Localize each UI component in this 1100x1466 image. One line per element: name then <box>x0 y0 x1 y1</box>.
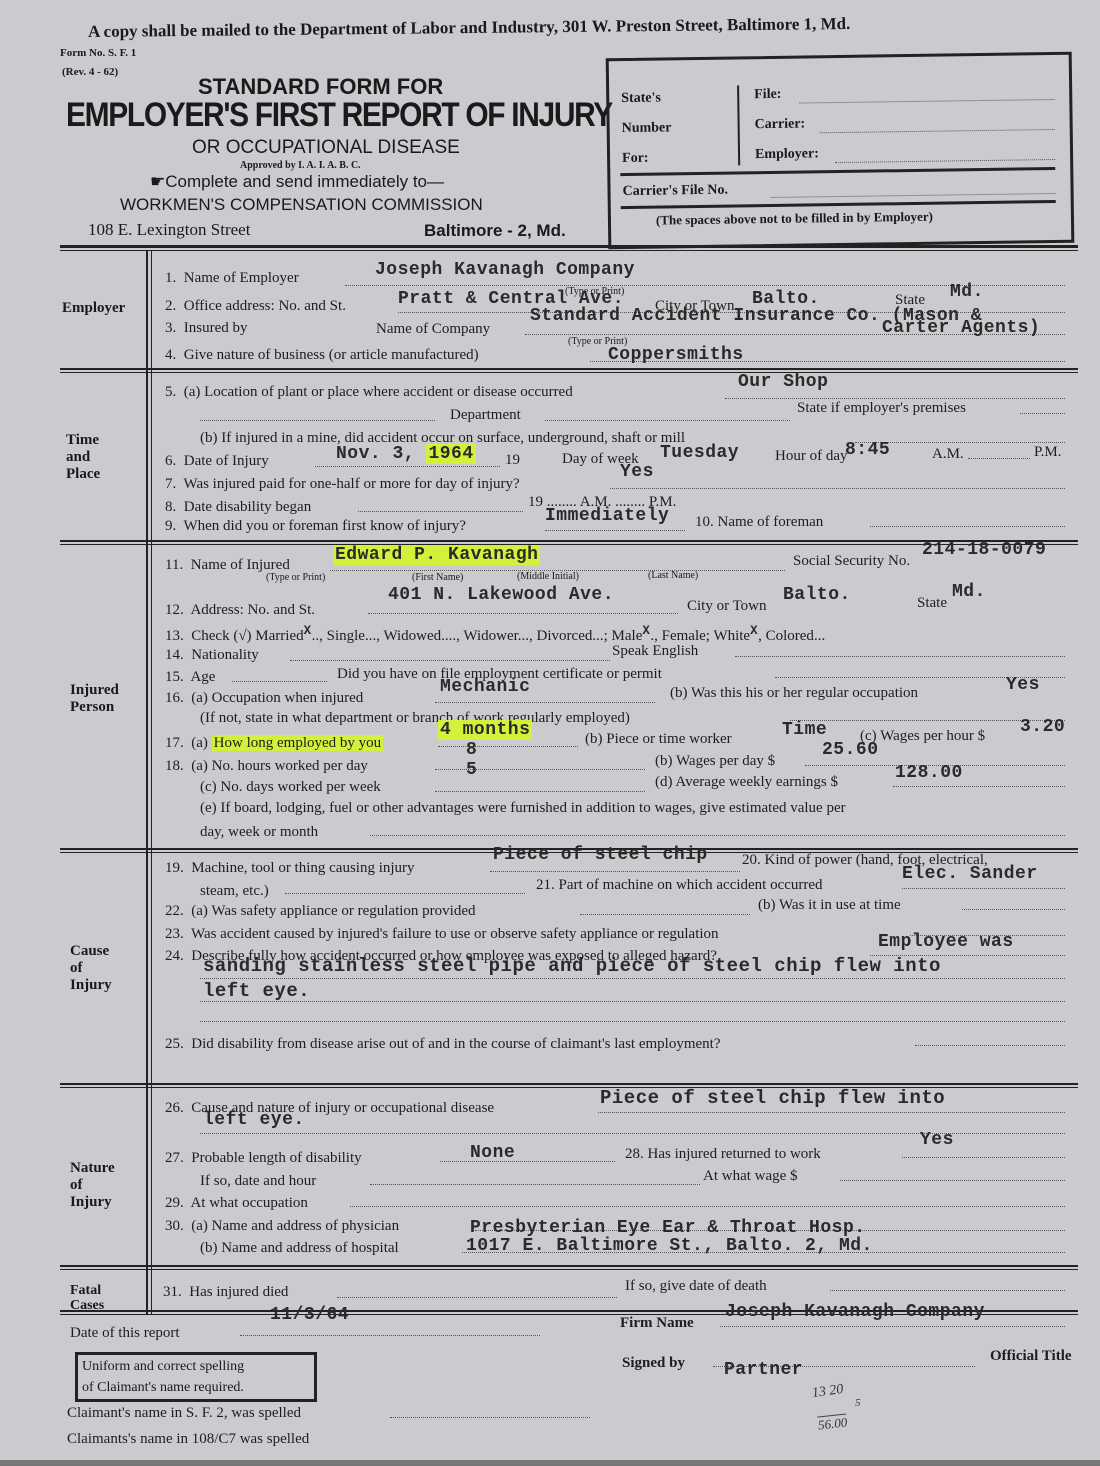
q-number: 4. <box>165 347 176 363</box>
weekly-earnings-value[interactable]: 128.00 <box>895 763 963 783</box>
q-label: Has injured died <box>189 1284 288 1300</box>
foreman-field[interactable] <box>870 526 1065 527</box>
q18-row: 18. (a) No. hours worked per day <box>165 758 368 775</box>
department-label: Department <box>450 407 521 424</box>
q-sub: (a) <box>191 735 208 751</box>
description-line-4 <box>200 1021 1065 1022</box>
section-label-line: of <box>70 960 112 977</box>
commission-city: Baltimore - 2, Md. <box>424 221 566 241</box>
official-title-label: Official Title <box>990 1348 1072 1365</box>
employment-length-line <box>438 746 578 747</box>
q-label: (a) Was safety appliance or regulation p… <box>191 903 475 919</box>
handwritten-calc-3: 56.00 <box>817 1414 848 1434</box>
checkbox-male[interactable]: MaleX., <box>612 628 658 644</box>
if-not-label: (If not, state in what department or bra… <box>200 710 630 727</box>
city-label: City or Town <box>687 598 767 615</box>
spelling-notice-box: Uniform and correct spelling of Claimant… <box>75 1352 317 1402</box>
description-value-2[interactable]: sanding stainless steel pipe and piece o… <box>203 955 941 977</box>
ssn-value[interactable]: 214-18-0079 <box>922 540 1046 560</box>
physician-value[interactable]: Presbyterian Eye Ear & Throat Hosp. <box>470 1218 866 1238</box>
section-label-line: Place <box>66 466 100 483</box>
q-label: Insured by <box>184 320 248 336</box>
sub-first-name: (First Name) <box>412 572 463 583</box>
hour-of-day-label: Hour of day <box>775 448 847 465</box>
q-label: Check (√) <box>191 628 251 644</box>
q-number: 23. <box>165 926 184 942</box>
carriers-file-field[interactable] <box>771 193 1056 198</box>
q21-row: 21. Part of machine on which accident oc… <box>536 877 823 894</box>
location-line <box>725 398 1065 399</box>
q-number: 29. <box>165 1195 184 1211</box>
q5a-row: 5. (a) Location of plant or place where … <box>165 384 573 401</box>
regular-occupation-value[interactable]: Yes <box>1006 675 1040 695</box>
states-number-label-2: Number <box>622 120 672 137</box>
power-kind-field[interactable] <box>285 893 525 894</box>
q-number: 11. <box>165 557 183 573</box>
pm-label: P.M. <box>1034 444 1062 461</box>
file-field[interactable] <box>799 99 1054 104</box>
death-date-field[interactable] <box>830 1290 1065 1291</box>
q-label: Date disability began <box>184 499 311 515</box>
department-field[interactable] <box>545 420 790 421</box>
q22-row: 22. (a) Was safety appliance or regulati… <box>165 903 476 920</box>
send-to: ☛Complete and send immediately to— <box>150 172 444 192</box>
insurer-value-2[interactable]: Carter Agents) <box>882 318 1040 338</box>
disability-date-field[interactable] <box>358 511 523 512</box>
q1-row: 1. Name of Employer <box>165 270 299 287</box>
option-label: Widowed <box>383 628 441 644</box>
paid-value[interactable]: Yes <box>620 462 654 482</box>
q23-row: 23. Was accident caused by injured's fai… <box>165 926 719 943</box>
q4-row: 4. Give nature of business (or article m… <box>165 347 479 364</box>
injury-date-line <box>315 466 500 467</box>
employer-field[interactable] <box>835 159 1055 163</box>
checkbox-widower[interactable]: Widower..., <box>463 628 532 644</box>
injured-name-highlighted: Edward P. Kavanagh <box>333 545 540 565</box>
title-line3: OR OCCUPATIONAL DISEASE <box>192 137 460 159</box>
section-label-line: Fatal <box>70 1283 104 1298</box>
check-mark-icon: X <box>304 624 312 638</box>
injured-address-value[interactable]: 401 N. Lakewood Ave. <box>388 585 614 605</box>
section-label-line: Injury <box>70 1194 115 1211</box>
injury-date-value[interactable]: Nov. 3, 1964 <box>336 444 476 464</box>
form-number: Form No. S. F. 1 <box>60 47 136 59</box>
q3-row: 3. Insured by <box>165 320 248 337</box>
q-number: 19. <box>165 860 184 876</box>
q-number: 7. <box>165 476 176 492</box>
injury-date-day: Nov. 3, <box>336 444 415 464</box>
days-per-week-value[interactable]: 5 <box>466 760 477 780</box>
injured-state-value[interactable]: Md. <box>952 582 986 602</box>
section-employer: Employer <box>62 300 125 317</box>
claimant-sf2-field[interactable] <box>390 1417 590 1418</box>
description-value-3[interactable]: left eye. <box>203 980 310 1002</box>
employment-length-highlighted: 4 months <box>438 720 532 740</box>
states-for-label: For: <box>622 151 649 167</box>
q-number: 31. <box>163 1284 182 1300</box>
am-pm-line <box>968 458 1030 459</box>
employer-label: Employer: <box>755 146 819 163</box>
machine-part-line <box>902 888 1065 889</box>
q-label: When did you or foreman first know of in… <box>183 518 465 534</box>
q-label: Nationality <box>191 647 259 663</box>
location-line-2 <box>200 420 435 421</box>
commission-street: 108 E. Lexington Street <box>88 220 250 240</box>
option-label: White <box>713 628 750 644</box>
section-label-line: of <box>70 1177 115 1194</box>
q-label: Probable length of disability <box>191 1150 361 1166</box>
q27-row: 27. Probable length of disability <box>165 1150 362 1167</box>
q9-row: 9. When did you or foreman first know of… <box>165 518 466 535</box>
employment-length-value[interactable]: 4 months <box>438 720 532 740</box>
employer-name-value[interactable]: Joseph Kavanagh Company <box>375 260 635 280</box>
checkbox-widowed[interactable]: Widowed...., <box>383 628 459 644</box>
q2-row: 2. Office address: No. and St. <box>165 298 346 315</box>
q12-row: 12. Address: No. and St. <box>165 602 315 619</box>
occupation-value[interactable]: Mechanic <box>440 677 530 697</box>
state-label: State <box>917 595 947 612</box>
section-fatal: Fatal Cases <box>70 1283 104 1313</box>
report-date-line <box>240 1335 540 1336</box>
return-wage-field[interactable] <box>840 1180 1065 1181</box>
report-date-value[interactable]: 11/3/64 <box>270 1305 349 1325</box>
q-label: (a) Name and address of physician <box>191 1218 399 1234</box>
signed-by-label: Signed by <box>622 1355 685 1372</box>
carrier-field[interactable] <box>820 129 1055 133</box>
page-title: EMPLOYER'S FIRST REPORT OF INJURY <box>66 96 612 135</box>
description-line-2 <box>200 978 1065 979</box>
q-number: 5. <box>165 384 176 400</box>
firm-name-value[interactable]: Joseph Kavanagh Company <box>725 1302 985 1322</box>
injured-city-value[interactable]: Balto. <box>783 585 851 605</box>
nineteen-prefix: 19 <box>528 494 543 510</box>
q-label: At what occupation <box>190 1195 307 1211</box>
section-label-line: Injury <box>70 977 112 994</box>
handwritten-calc-1: 13 20 <box>811 1382 844 1402</box>
q-number: 1. <box>165 270 176 286</box>
hours-per-day-value[interactable]: 8 <box>466 740 477 760</box>
in-use-field[interactable] <box>962 909 1065 910</box>
weekly-earnings-label: (d) Average weekly earnings $ <box>655 774 838 791</box>
q6-row: 6. Date of Injury <box>165 453 269 470</box>
form-revision: (Rev. 4 - 62) <box>62 66 118 78</box>
q17-row: 17. (a) How long employed by you <box>165 735 383 752</box>
states-number-label: State's <box>621 90 661 107</box>
premises-label: State if employer's premises <box>797 400 966 417</box>
option-label: Single <box>327 628 365 644</box>
days-per-week-label: (c) No. days worked per week <box>200 779 381 796</box>
section-label-line: Person <box>70 699 119 716</box>
q-label: Give nature of business (or article manu… <box>184 347 479 363</box>
handwritten-calc-2: 5 <box>855 1397 861 1409</box>
q-number: 2. <box>165 298 176 314</box>
return-occupation-field[interactable] <box>350 1206 1065 1207</box>
q-number: 3. <box>165 320 176 336</box>
disability-length-value[interactable]: None <box>470 1143 515 1163</box>
days-per-week-line <box>435 791 645 792</box>
nature-value-2[interactable]: left eye. <box>203 1110 305 1130</box>
pointing-hand-icon: ☛ <box>150 172 165 191</box>
report-date-label: Date of this report <box>70 1325 180 1342</box>
q20-label-2: steam, etc.) <box>200 883 269 900</box>
employer-state-value[interactable]: Md. <box>950 282 984 302</box>
carriers-file-label: Carrier's File No. <box>622 183 728 200</box>
paid-line <box>610 488 1065 489</box>
q-number: 27. <box>165 1150 184 1166</box>
check-mark-icon: X <box>642 624 650 638</box>
ssn-label: Social Security No. <box>793 553 910 570</box>
q28-row: 28. Has injured returned to work <box>625 1146 821 1163</box>
machine-line <box>490 871 740 872</box>
age-field[interactable] <box>232 681 327 682</box>
q-label: (a) Occupation when injured <box>191 690 363 706</box>
sub-middle-initial: (Middle Initial) <box>517 571 579 582</box>
q-number: 14. <box>165 647 184 663</box>
wage-per-day-value[interactable]: 25.60 <box>822 740 879 760</box>
q-number: 10. <box>695 514 714 530</box>
injured-name-value[interactable]: Edward P. Kavanagh <box>333 545 540 565</box>
q-label: Date of Injury <box>184 453 269 469</box>
option-label: Divorced <box>537 628 593 644</box>
section-injured-person: Injured Person <box>70 682 119 716</box>
mail-notice: A copy shall be mailed to the Department… <box>88 14 851 42</box>
check-mark-icon: X <box>750 624 758 638</box>
occupation-line <box>435 702 655 703</box>
section-label-line: Time <box>66 432 100 449</box>
q13-row: 13. Check (√) MarriedX.., Single..., Wid… <box>165 624 825 645</box>
q-label: Has injured returned to work <box>648 1146 821 1162</box>
q-number: 22. <box>165 903 184 919</box>
section-label-line: Cause <box>70 943 112 960</box>
sub-type-or-print: (Type or Print) <box>266 572 325 583</box>
form-page: A copy shall be mailed to the Department… <box>0 0 1100 1466</box>
file-label: File: <box>754 87 781 103</box>
claimant-sf2-label: Claimant's name in S. F. 2, was spelled <box>67 1405 301 1422</box>
wage-per-hour-label: (c) Wages per hour $ <box>860 728 985 745</box>
description-line-3 <box>200 1001 1065 1002</box>
q-number: 18. <box>165 758 184 774</box>
commission-name: WORKMEN'S COMPENSATION COMMISSION <box>120 195 483 215</box>
q10-row: 10. Name of foreman <box>695 514 823 531</box>
option-label: Colored <box>766 628 814 644</box>
q-label-highlighted: How long employed by you <box>212 735 383 751</box>
q-number: 9. <box>165 518 176 534</box>
sub-last-name: (Last Name) <box>648 570 698 581</box>
piece-time-value[interactable]: Time <box>782 720 827 740</box>
disability-length-line <box>440 1161 615 1162</box>
return-wage-label: At what wage $ <box>703 1168 798 1185</box>
q15-row: 15. Age <box>165 669 215 686</box>
location-value[interactable]: Our Shop <box>738 372 828 392</box>
day-of-week-value[interactable]: Tuesday <box>660 443 739 463</box>
signer-title-value[interactable]: Partner <box>724 1360 803 1380</box>
option-label: Widower <box>463 628 517 644</box>
checkbox-colored[interactable]: Colored... <box>766 628 826 644</box>
q30a-row: 30. (a) Name and address of physician <box>165 1218 399 1235</box>
option-label: Male <box>612 628 643 644</box>
option-label: Married <box>255 628 303 644</box>
q16-row: 16. (a) Occupation when injured <box>165 690 363 707</box>
q14-row: 14. Nationality <box>165 647 259 664</box>
q-number: 17. <box>165 735 184 751</box>
q-label: Name of Injured <box>191 557 290 573</box>
q-label: (a) Location of plant or place where acc… <box>184 384 573 400</box>
am-label: A.M. <box>932 446 964 463</box>
premises-field[interactable] <box>1020 413 1065 414</box>
q-number: 28. <box>625 1146 644 1162</box>
nationality-field[interactable] <box>290 660 610 661</box>
returned-line <box>902 1157 1065 1158</box>
injured-address-line <box>368 613 678 614</box>
q-number: 8. <box>165 499 176 515</box>
q-number: 30. <box>165 1218 184 1234</box>
nineteen-prefix: 19 <box>505 452 520 469</box>
weekly-earnings-line <box>893 786 1065 787</box>
q-label: Machine, tool or thing causing injury <box>191 860 414 876</box>
section-nature: Nature of Injury <box>70 1160 115 1211</box>
q31-row: 31. Has injured died <box>163 1284 288 1301</box>
has-died-field[interactable] <box>337 1297 617 1298</box>
q-label: Office address: No. and St. <box>184 298 346 314</box>
q-label: Name of Employer <box>184 270 299 286</box>
board-label-2: day, week or month <box>200 824 318 841</box>
checkbox-divorced[interactable]: Divorced...; <box>537 628 608 644</box>
checkbox-white[interactable]: WhiteX, <box>713 628 761 644</box>
hospital-value[interactable]: 1017 E. Baltimore St., Balto. 2, Md. <box>466 1236 873 1256</box>
nature-line-1 <box>598 1112 1065 1113</box>
q-label: Age <box>190 669 215 685</box>
firm-name-line <box>720 1326 1065 1327</box>
q-number: 21. <box>536 877 555 893</box>
return-date-field[interactable] <box>370 1184 700 1185</box>
q-number: 20. <box>742 852 761 868</box>
returned-to-work-value[interactable]: Yes <box>920 1130 954 1150</box>
section-time-place: Time and Place <box>66 432 100 483</box>
wage-per-hour-value[interactable]: 3.20 <box>1020 717 1065 737</box>
checkbox-single[interactable]: Single..., <box>327 628 380 644</box>
q-label: Was injured paid for one-half or more fo… <box>183 476 519 492</box>
firm-name-label: Firm Name <box>620 1315 694 1332</box>
q-label: Was accident caused by injured's failure… <box>191 926 719 942</box>
q-number: 24. <box>165 948 184 964</box>
type-or-print-note: (Type or Print) <box>565 286 624 297</box>
disease-arise-field[interactable] <box>915 1045 1065 1046</box>
q-number: 6. <box>165 453 176 469</box>
nature-value-1[interactable]: Piece of steel chip flew into <box>600 1087 945 1109</box>
knowledge-value[interactable]: Immediately <box>545 506 669 526</box>
hospital-label: (b) Name and address of hospital <box>200 1240 399 1257</box>
board-value-field[interactable] <box>370 835 1065 836</box>
section-cause: Cause of Injury <box>70 943 112 994</box>
q29-row: 29. At what occupation <box>165 1195 308 1212</box>
speak-english-field[interactable] <box>735 656 1065 657</box>
spelling-notice-line1: Uniform and correct spelling <box>82 1356 310 1377</box>
if-so-date-label: If so, date and hour <box>200 1173 316 1190</box>
death-date-label: If so, give date of death <box>625 1278 767 1295</box>
carrier-label: Carrier: <box>755 116 806 133</box>
q-number: 26. <box>165 1100 184 1116</box>
injury-date-year-highlighted: 1964 <box>426 444 475 464</box>
q-label: Did disability from disease arise out of… <box>191 1036 720 1052</box>
description-value-1[interactable]: Employee was <box>878 932 1014 952</box>
checkbox-female[interactable]: Female; <box>662 628 710 644</box>
q-number: 16. <box>165 690 184 706</box>
q-number: 25. <box>165 1036 184 1052</box>
machine-value[interactable]: Piece of steel chip <box>493 845 708 865</box>
speak-english-label: Speak English <box>612 643 698 660</box>
claimant-108-label: Claimants's name in 108/C7 was spelled <box>67 1431 309 1448</box>
q19-row: 19. Machine, tool or thing causing injur… <box>165 860 415 877</box>
board-label: (e) If board, lodging, fuel or other adv… <box>200 800 846 817</box>
spelling-notice-line2: of Claimant's name required. <box>82 1377 310 1398</box>
hour-value[interactable]: 8:45 <box>845 440 890 460</box>
q-number: 13. <box>165 628 184 644</box>
office-use-box: State's Number For: File: Carrier: Emplo… <box>606 52 1075 249</box>
q-label: Part of machine on which accident occurr… <box>559 877 823 893</box>
section-label-line: Injured <box>70 682 119 699</box>
section-label-line: Nature <box>70 1160 115 1177</box>
office-note: (The spaces above not to be filled in by… <box>656 209 933 229</box>
regular-occupation-label: (b) Was this his or her regular occupati… <box>670 685 918 702</box>
checkbox-married[interactable]: MarriedX.., <box>255 628 323 644</box>
approved-by: Approved by I. A. I. A. B. C. <box>240 160 361 171</box>
in-use-label: (b) Was it in use at time <box>758 897 901 914</box>
q25-row: 25. Did disability from disease arise ou… <box>165 1036 720 1053</box>
piece-time-label: (b) Piece or time worker <box>585 731 732 748</box>
safety-provided-field[interactable] <box>580 914 750 915</box>
section-label-line: and <box>66 449 100 466</box>
knowledge-line <box>545 530 685 531</box>
q-label: Address: No. and St. <box>190 602 315 618</box>
q-label: Name of foreman <box>718 514 824 530</box>
q8-row: 8. Date disability began <box>165 499 311 516</box>
wage-per-day-label: (b) Wages per day $ <box>655 753 775 770</box>
option-label: Female <box>662 628 706 644</box>
machine-part-value[interactable]: Elec. Sander <box>902 864 1038 884</box>
q-number: 15. <box>165 669 184 685</box>
q-number: 12. <box>165 602 184 618</box>
q-label: (a) No. hours worked per day <box>191 758 368 774</box>
q7-row: 7. Was injured paid for one-half or more… <box>165 476 520 493</box>
business-value[interactable]: Coppersmiths <box>608 345 744 365</box>
company-label: Name of Company <box>376 321 490 338</box>
